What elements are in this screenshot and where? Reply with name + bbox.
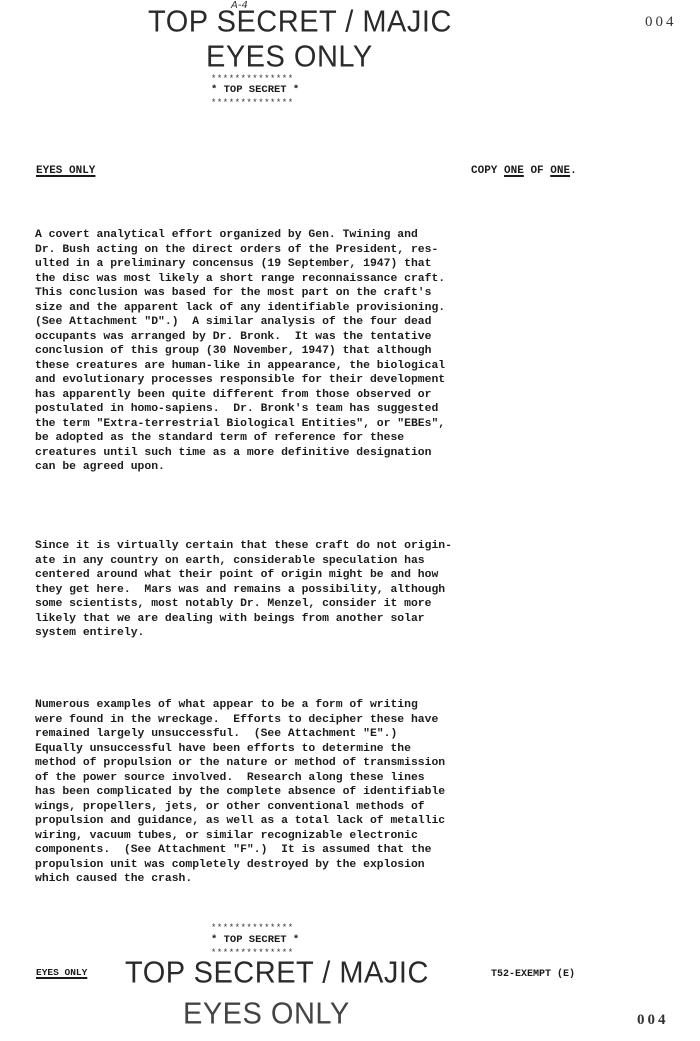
text-line: Numerous examples of what appear to be a… bbox=[35, 698, 675, 713]
copy-period: . bbox=[570, 165, 577, 177]
footer-stamp-stars-top: ************** bbox=[211, 923, 294, 933]
text-line: wiring, vacuum tubes, or similar recogni… bbox=[35, 829, 675, 844]
text-line: of the power source involved. Research a… bbox=[35, 771, 675, 786]
text-line: postulated in homo-sapiens. Dr. Bronk's … bbox=[35, 402, 675, 417]
text-line: has been complicated by the complete abs… bbox=[35, 785, 675, 800]
text-line: has apparently been quite different from… bbox=[35, 388, 675, 403]
copy-total: ONE bbox=[550, 165, 570, 177]
text-line: Equally unsuccessful have been efforts t… bbox=[35, 742, 675, 757]
eyes-only-banner-top: EYES ONLY bbox=[206, 40, 373, 74]
top-secret-stamp: * TOP SECRET * bbox=[211, 84, 299, 97]
text-line: A covert analytical effort organized by … bbox=[35, 228, 675, 243]
text-line: some scientists, most notably Dr. Menzel… bbox=[35, 597, 675, 612]
text-line: size and the apparent lack of any identi… bbox=[35, 301, 675, 316]
text-line: conclusion of this group (30 November, 1… bbox=[35, 344, 675, 359]
text-line: remained largely unsuccessful. (See Atta… bbox=[35, 727, 675, 742]
text-line: which caused the crash. bbox=[35, 872, 675, 887]
body-paragraph-1: A covert analytical effort organized by … bbox=[35, 228, 675, 475]
text-line: they get here. Mars was and remains a po… bbox=[35, 583, 675, 598]
classification-banner-top: TOP SECRET / MAJIC bbox=[148, 5, 452, 39]
copy-prefix: COPY bbox=[471, 165, 497, 177]
text-line: occupants was arranged by Dr. Bronk. It … bbox=[35, 330, 675, 345]
eyes-only-marking: EYES ONLY bbox=[36, 165, 95, 178]
text-line: creatures until such time as a more defi… bbox=[35, 446, 675, 461]
text-line: were found in the wreckage. Efforts to d… bbox=[35, 713, 675, 728]
page-number-bottom: 004 bbox=[637, 1012, 669, 1029]
copy-of: OF bbox=[530, 165, 543, 177]
text-line: the term "Extra-terrestrial Biological E… bbox=[35, 417, 675, 432]
text-line: be adopted as the standard term of refer… bbox=[35, 431, 675, 446]
text-line: ate in any country on earth, considerabl… bbox=[35, 554, 675, 569]
text-line: these creatures are human-like in appear… bbox=[35, 359, 675, 374]
footer-eyes-only-marking: EYES ONLY bbox=[36, 967, 87, 978]
text-line: Dr. Bush acting on the direct orders of … bbox=[35, 243, 675, 258]
body-paragraph-3: Numerous examples of what appear to be a… bbox=[35, 698, 675, 887]
stamp-stars-bottom: ************** bbox=[211, 98, 294, 108]
footer-top-secret-stamp: * TOP SECRET * bbox=[211, 934, 299, 947]
text-line: propulsion and guidance, as well as a to… bbox=[35, 814, 675, 829]
copy-number: ONE bbox=[504, 165, 524, 177]
eyes-only-banner-bottom: EYES ONLY bbox=[183, 997, 350, 1031]
copy-marking: COPY ONE OF ONE. bbox=[471, 165, 577, 178]
text-line: method of propulsion or the nature or me… bbox=[35, 756, 675, 771]
text-line: components. (See Attachment "F".) It is … bbox=[35, 843, 675, 858]
text-line: propulsion unit was completely destroyed… bbox=[35, 858, 675, 873]
text-line: wings, propellers, jets, or other conven… bbox=[35, 800, 675, 815]
text-line: This conclusion was based for the most p… bbox=[35, 286, 675, 301]
text-line: Since it is virtually certain that these… bbox=[35, 539, 675, 554]
text-line: the disc was most likely a short range r… bbox=[35, 272, 675, 287]
body-paragraph-2: Since it is virtually certain that these… bbox=[35, 539, 675, 641]
text-line: centered around what their point of orig… bbox=[35, 568, 675, 583]
text-line: likely that we are dealing with beings f… bbox=[35, 612, 675, 627]
text-line: can be agreed upon. bbox=[35, 460, 675, 475]
text-line: system entirely. bbox=[35, 626, 675, 641]
page-number-top: 004 bbox=[645, 14, 677, 31]
classification-banner-bottom: TOP SECRET / MAJIC bbox=[125, 956, 429, 990]
text-line: ulted in a preliminary concensus (19 Sep… bbox=[35, 257, 675, 272]
stamp-stars-top: ************** bbox=[211, 74, 294, 84]
text-line: (See Attachment "D".) A similar analysis… bbox=[35, 315, 675, 330]
exempt-marking: T52-EXEMPT (E) bbox=[491, 968, 575, 981]
text-line: and evolutionary processes responsible f… bbox=[35, 373, 675, 388]
